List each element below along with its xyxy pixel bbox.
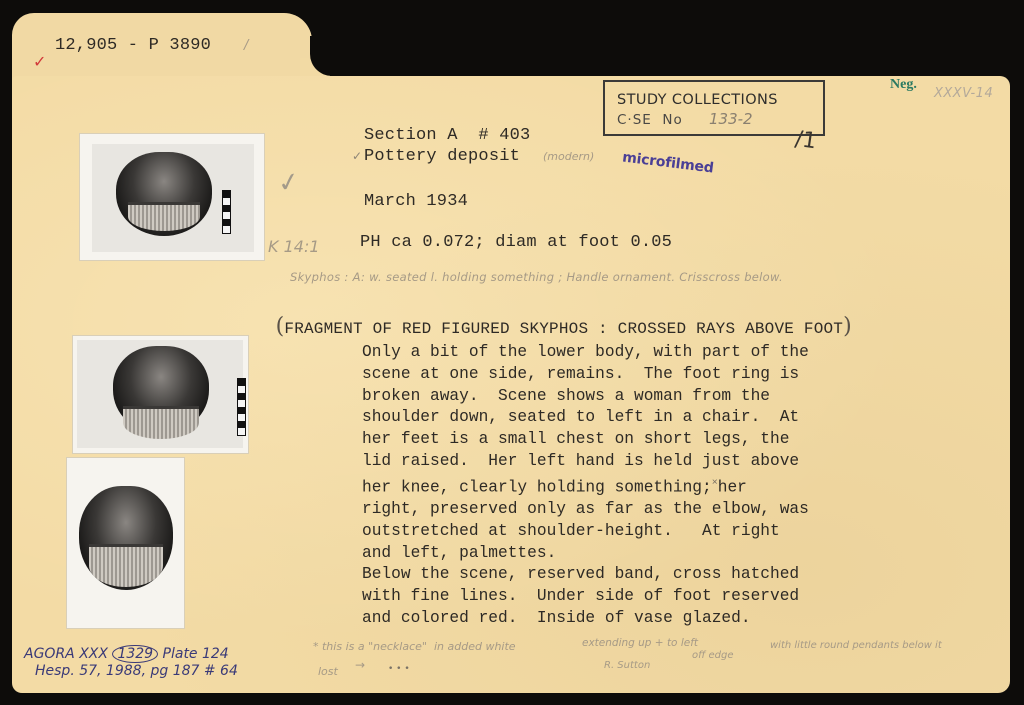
deposit-check-icon: ✓ bbox=[352, 149, 362, 163]
footnote-pendants: with little round pendants below it bbox=[770, 640, 942, 651]
study-collections-stamp: STUDY COLLECTIONS C·SE No 133-2 bbox=[603, 80, 825, 136]
pencil-slash-mark: / bbox=[244, 38, 248, 53]
title-paren-close: ) bbox=[843, 314, 852, 339]
dimensions: PH ca 0.072; diam at foot 0.05 bbox=[360, 233, 672, 252]
description-line: outstretched at shoulder-height. At righ… bbox=[362, 522, 780, 540]
description-line: her feet is a small chest on short legs,… bbox=[362, 430, 789, 448]
sherd-foot-band bbox=[128, 202, 200, 231]
agora-volume: AGORA XXX bbox=[24, 646, 108, 662]
pencil-description: Skyphos : A: w. seated l. holding someth… bbox=[290, 270, 783, 284]
stamp-case-number: 133-2 bbox=[709, 110, 753, 128]
fragment-photo-front bbox=[80, 134, 264, 260]
footnote-off-edge: off edge bbox=[692, 650, 734, 661]
negative-label: Neg. bbox=[890, 77, 917, 93]
description-line: Below the scene, reserved band, cross ha… bbox=[362, 565, 799, 583]
description-line: shoulder down, seated to left in a chair… bbox=[362, 408, 799, 426]
hesperia-reference: Hesp. 57, 1988, pg 187 # 64 bbox=[35, 663, 238, 679]
footnote-lost: lost bbox=[318, 665, 338, 678]
description-line: Only a bit of the lower body, with part … bbox=[362, 343, 809, 361]
excavation-date: March 1934 bbox=[364, 192, 468, 211]
author-initials: R. Sutton bbox=[604, 660, 650, 671]
scale-bar-icon bbox=[222, 190, 231, 234]
object-title: (FRAGMENT OF RED FIGURED SKYPHOS : CROSS… bbox=[256, 296, 852, 339]
agora-catalog-number: 1329 bbox=[112, 645, 158, 663]
footnote-extending: extending up + to left bbox=[582, 637, 698, 649]
stamp-case-label: C·SE No bbox=[617, 112, 683, 128]
grid-reference: K 14:1 bbox=[268, 237, 320, 256]
object-title-text: FRAGMENT OF RED FIGURED SKYPHOS : CROSSE… bbox=[284, 320, 843, 338]
description-line: broken away. Scene shows a woman from th… bbox=[362, 387, 770, 405]
footnote-necklace: * this is a "necklace" in added white bbox=[313, 640, 516, 653]
catalog-number: 12,905 - P 3890 bbox=[55, 36, 211, 55]
deposit-note: (modern) bbox=[543, 150, 594, 163]
deposit-label: Pottery deposit bbox=[364, 147, 520, 166]
plate-number: Plate 124 bbox=[163, 646, 229, 662]
stamp-title: STUDY COLLECTIONS bbox=[617, 92, 778, 108]
scale-bar-icon bbox=[237, 378, 246, 436]
negative-number: XXXV-14 bbox=[934, 86, 993, 101]
description-line: her knee, clearly holding something; bbox=[362, 478, 712, 496]
red-check-icon: ✓ bbox=[33, 52, 46, 71]
description-line: lid raised. Her left hand is held just a… bbox=[362, 452, 799, 470]
publication-reference: AGORA XXX 1329 Plate 124 bbox=[24, 645, 229, 663]
section-number: Section A # 403 bbox=[364, 126, 530, 145]
pendant-dots-sketch: • • • bbox=[388, 664, 410, 674]
description-line: and colored red. Inside of vase glazed. bbox=[362, 609, 751, 627]
fragment-photo-side bbox=[73, 336, 248, 453]
sherd-foot-band bbox=[123, 406, 199, 439]
sherd-foot-band bbox=[89, 544, 163, 587]
object-description: Only a bit of the lower body, with part … bbox=[362, 342, 809, 630]
arrow-icon: → bbox=[355, 658, 365, 672]
description-line: with fine lines. Under side of foot rese… bbox=[362, 587, 799, 605]
description-line: scene at one side, remains. The foot rin… bbox=[362, 365, 799, 383]
description-line-tail: her bbox=[718, 478, 747, 496]
description-line: right, preserved only as far as the elbo… bbox=[362, 500, 809, 518]
fragment-photo-underside bbox=[67, 458, 184, 628]
stamp-fraction-mark: /1 bbox=[793, 127, 818, 155]
description-line: and left, palmettes. bbox=[362, 544, 556, 562]
